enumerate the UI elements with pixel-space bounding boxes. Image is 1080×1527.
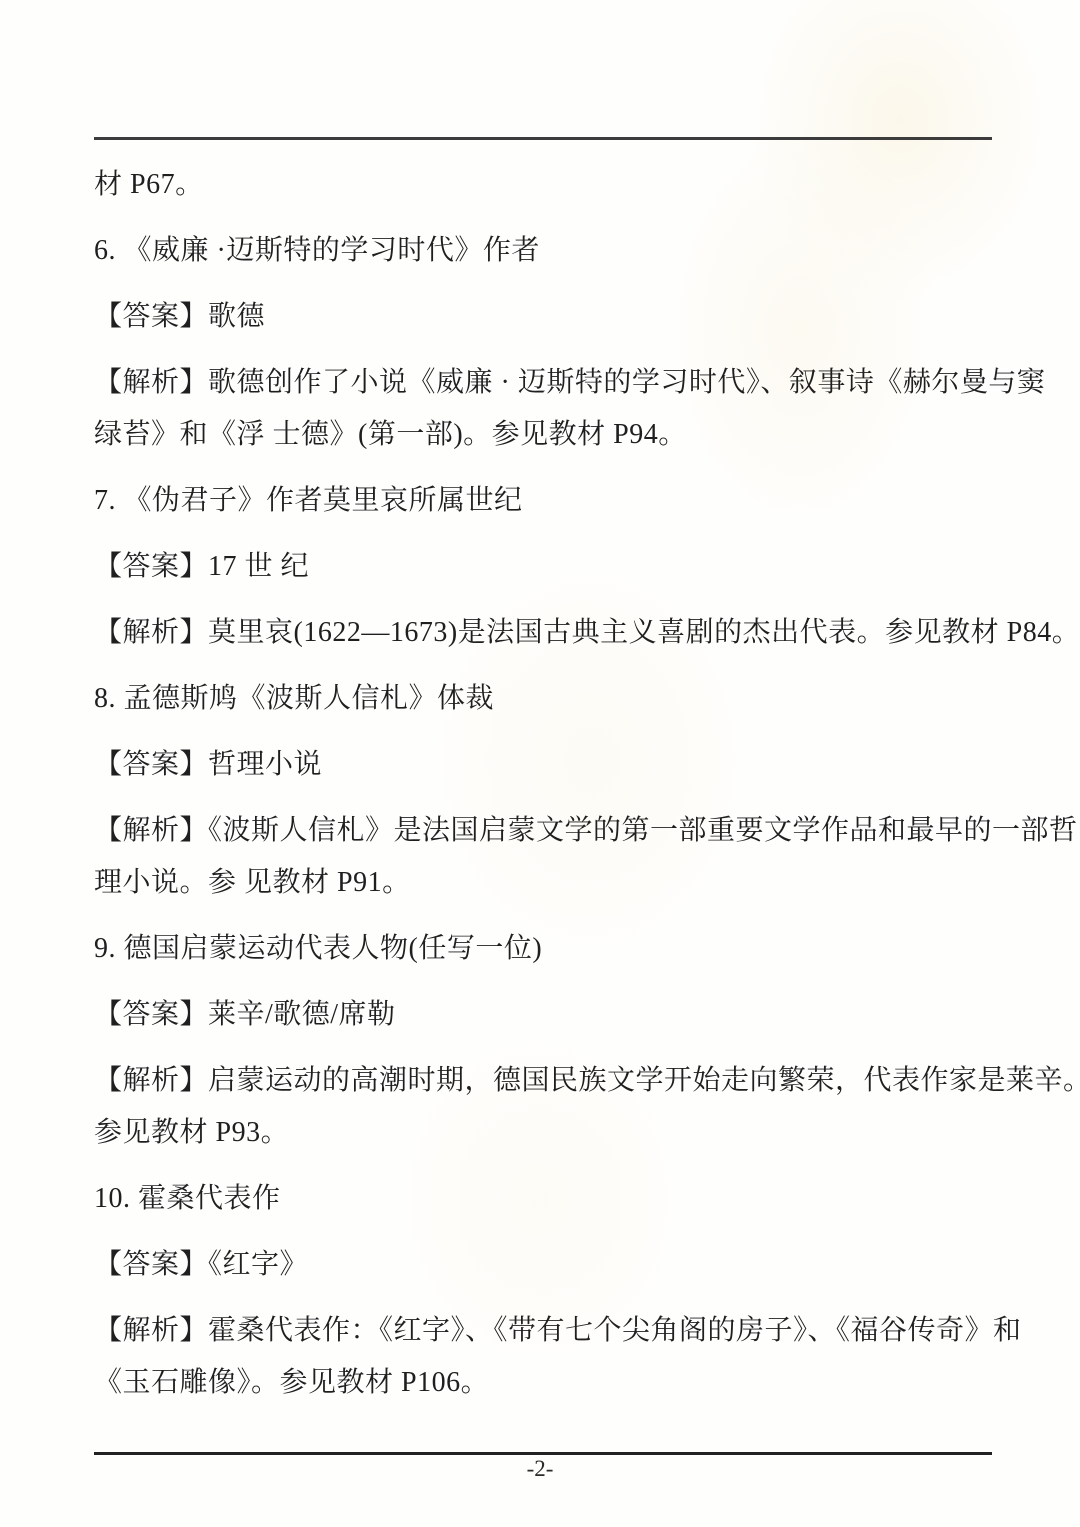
answer-line: 【答案】17 世 纪 bbox=[94, 541, 1014, 593]
document-page: 材 P67。 6. 《威廉 ·迈斯特的学习时代》作者 【答案】歌德 【解析】歌德… bbox=[0, 0, 1080, 1527]
page-number: -2- bbox=[0, 1455, 1080, 1483]
answer-line: 【答案】歌德 bbox=[94, 291, 1014, 343]
question-line: 9. 德国启蒙运动代表人物(任写一位) bbox=[94, 923, 1014, 975]
question-line: 6. 《威廉 ·迈斯特的学习时代》作者 bbox=[94, 225, 1014, 277]
header-rule bbox=[94, 137, 992, 140]
answer-line: 【答案】《红字》 bbox=[94, 1239, 1014, 1291]
page-content: 材 P67。 6. 《威廉 ·迈斯特的学习时代》作者 【答案】歌德 【解析】歌德… bbox=[94, 159, 1014, 1423]
analysis-text: 【解析】莫里哀(1622—1673)是法国古典主义喜剧的杰出代表。参见教材 P8… bbox=[94, 607, 1014, 659]
analysis-text: 【解析】启蒙运动的高潮时期，德国民族文学开始走向繁荣，代表作家是莱辛。 参见教材… bbox=[94, 1055, 1014, 1159]
continued-text: 材 P67。 bbox=[94, 159, 1014, 211]
analysis-text: 【解析】霍桑代表作：《红字》、《带有七个尖角阁的房子》、《福谷传奇》和 《玉石雕… bbox=[94, 1305, 1014, 1409]
question-line: 8. 孟德斯鸠《波斯人信札》体裁 bbox=[94, 673, 1014, 725]
question-line: 7. 《伪君子》作者莫里哀所属世纪 bbox=[94, 475, 1014, 527]
analysis-text: 【解析】《波斯人信札》是法国启蒙文学的第一部重要文学作品和最早的一部哲 理小说。… bbox=[94, 805, 1014, 909]
analysis-text: 【解析】歌德创作了小说《威廉 · 迈斯特的学习时代》、叙事诗《赫尔曼与窦 绿苔》… bbox=[94, 357, 1014, 461]
answer-line: 【答案】哲理小说 bbox=[94, 739, 1014, 791]
question-line: 10. 霍桑代表作 bbox=[94, 1173, 1014, 1225]
answer-line: 【答案】莱辛/歌德/席勒 bbox=[94, 989, 1014, 1041]
